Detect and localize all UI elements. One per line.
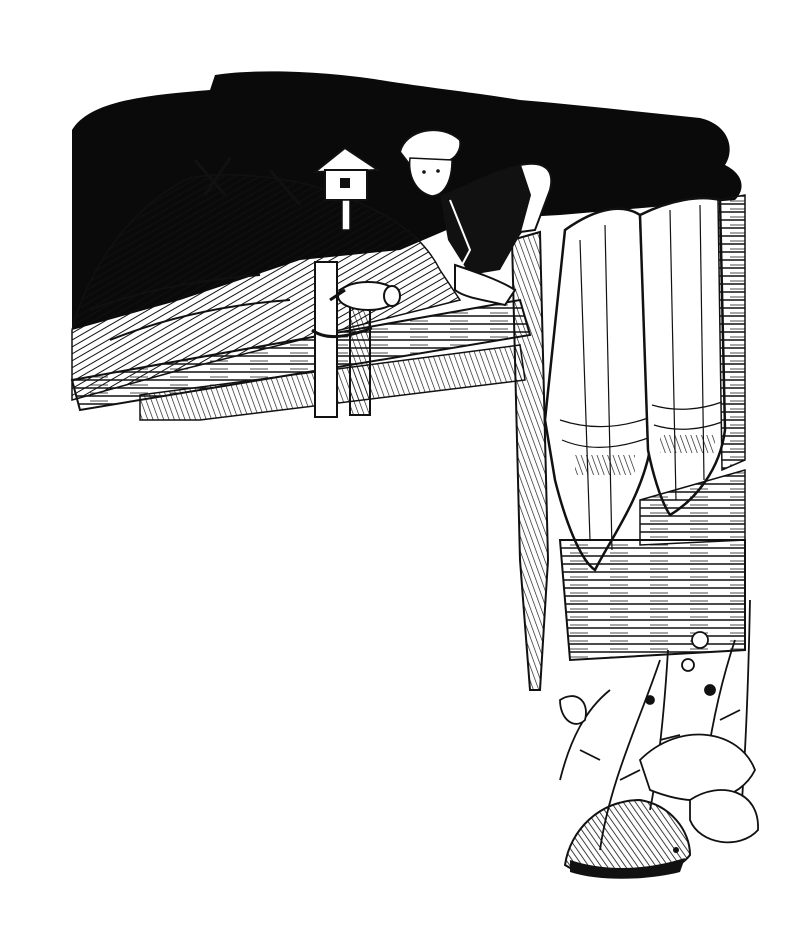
hedgehog bbox=[565, 800, 690, 879]
illustration bbox=[0, 0, 811, 950]
